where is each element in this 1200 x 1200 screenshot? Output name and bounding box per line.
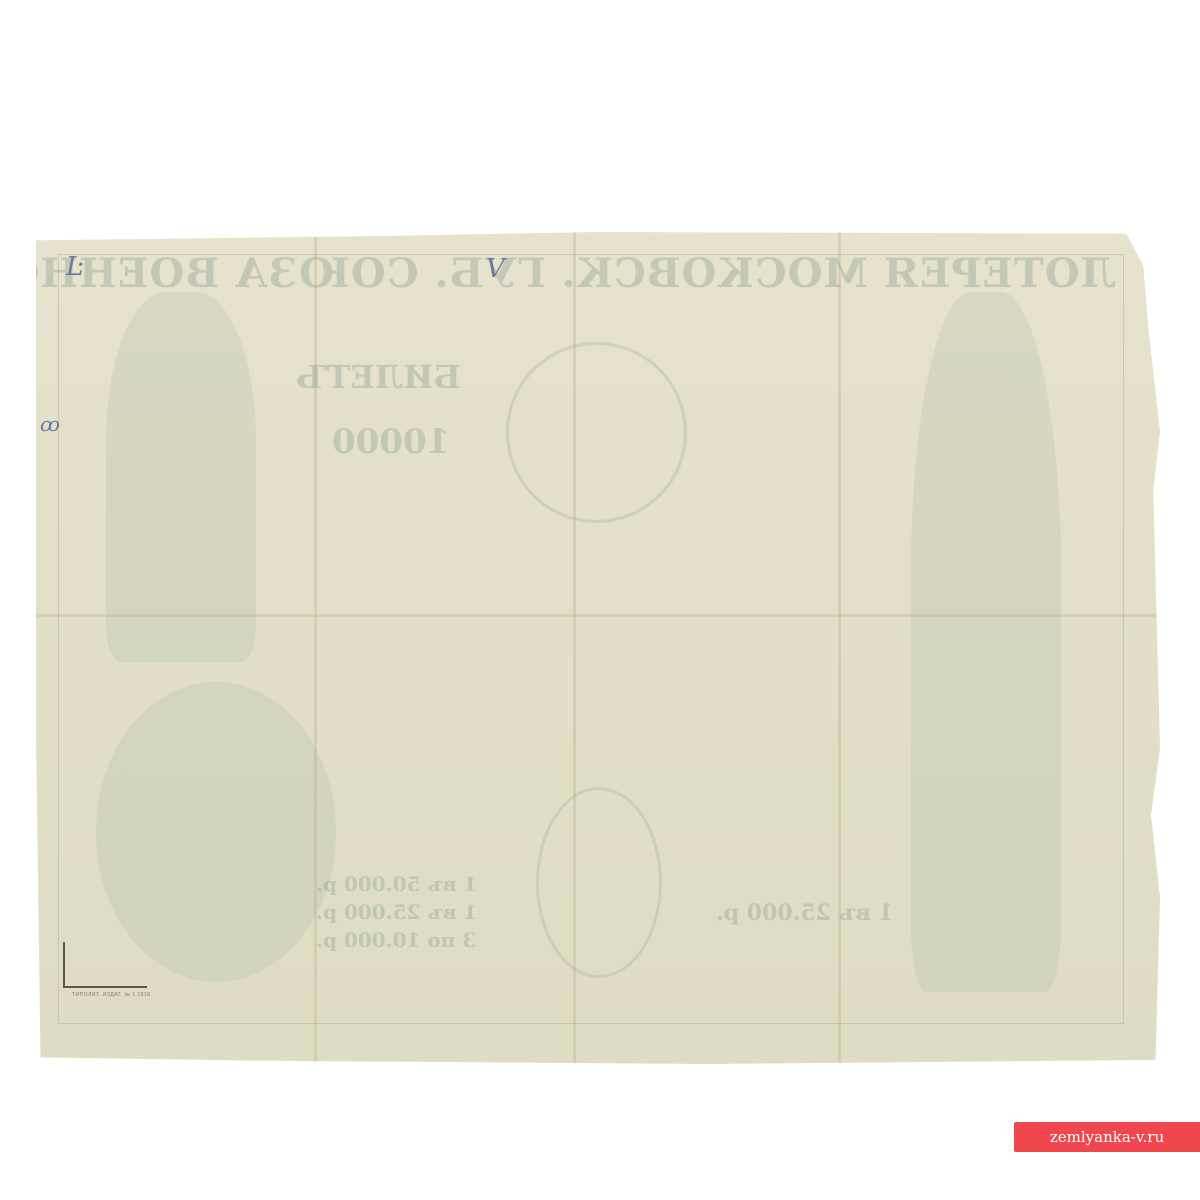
- mirrored-amount: 10000: [332, 422, 450, 462]
- mirrored-prize: 1 въ 25.000 р.: [316, 900, 478, 924]
- printer-imprint: ТИПОЛИТ. ИЗДАТ. № 1 1916: [72, 992, 151, 998]
- soldier-figure-right: [911, 292, 1061, 992]
- mirrored-title: ЛОТЕРЕЯ МОСКОВСК. ГУБ. СОЮЗА ВОЕННОСЛУЖА…: [66, 250, 1116, 297]
- seated-figure-left: [96, 682, 336, 982]
- pencil-mark: V: [486, 254, 505, 284]
- mirrored-prize: 1 въ 50.000 р.: [316, 872, 478, 896]
- mirrored-prize: 1 въ 25.000 р.: [716, 900, 894, 926]
- poster-sheet: ЛОТЕРЕЯ МОСКОВСК. ГУБ. СОЮЗА ВОЕННОСЛУЖА…: [36, 232, 1160, 1064]
- pencil-mark: Ŀ: [66, 252, 83, 282]
- mirrored-heading: БИЛЕТЪ: [296, 358, 461, 396]
- medallion-emblem: [506, 342, 687, 523]
- soldier-figure-left: [106, 292, 256, 662]
- mirrored-prize: 3 по 10.000 р.: [316, 928, 476, 952]
- fold-line: [838, 232, 841, 1064]
- pencil-mark: ꝏ: [40, 412, 60, 436]
- watermark-badge: zemlyanka-v.ru: [1014, 1122, 1200, 1152]
- round-seal: [536, 787, 662, 978]
- corner-registration-mark: [63, 942, 147, 988]
